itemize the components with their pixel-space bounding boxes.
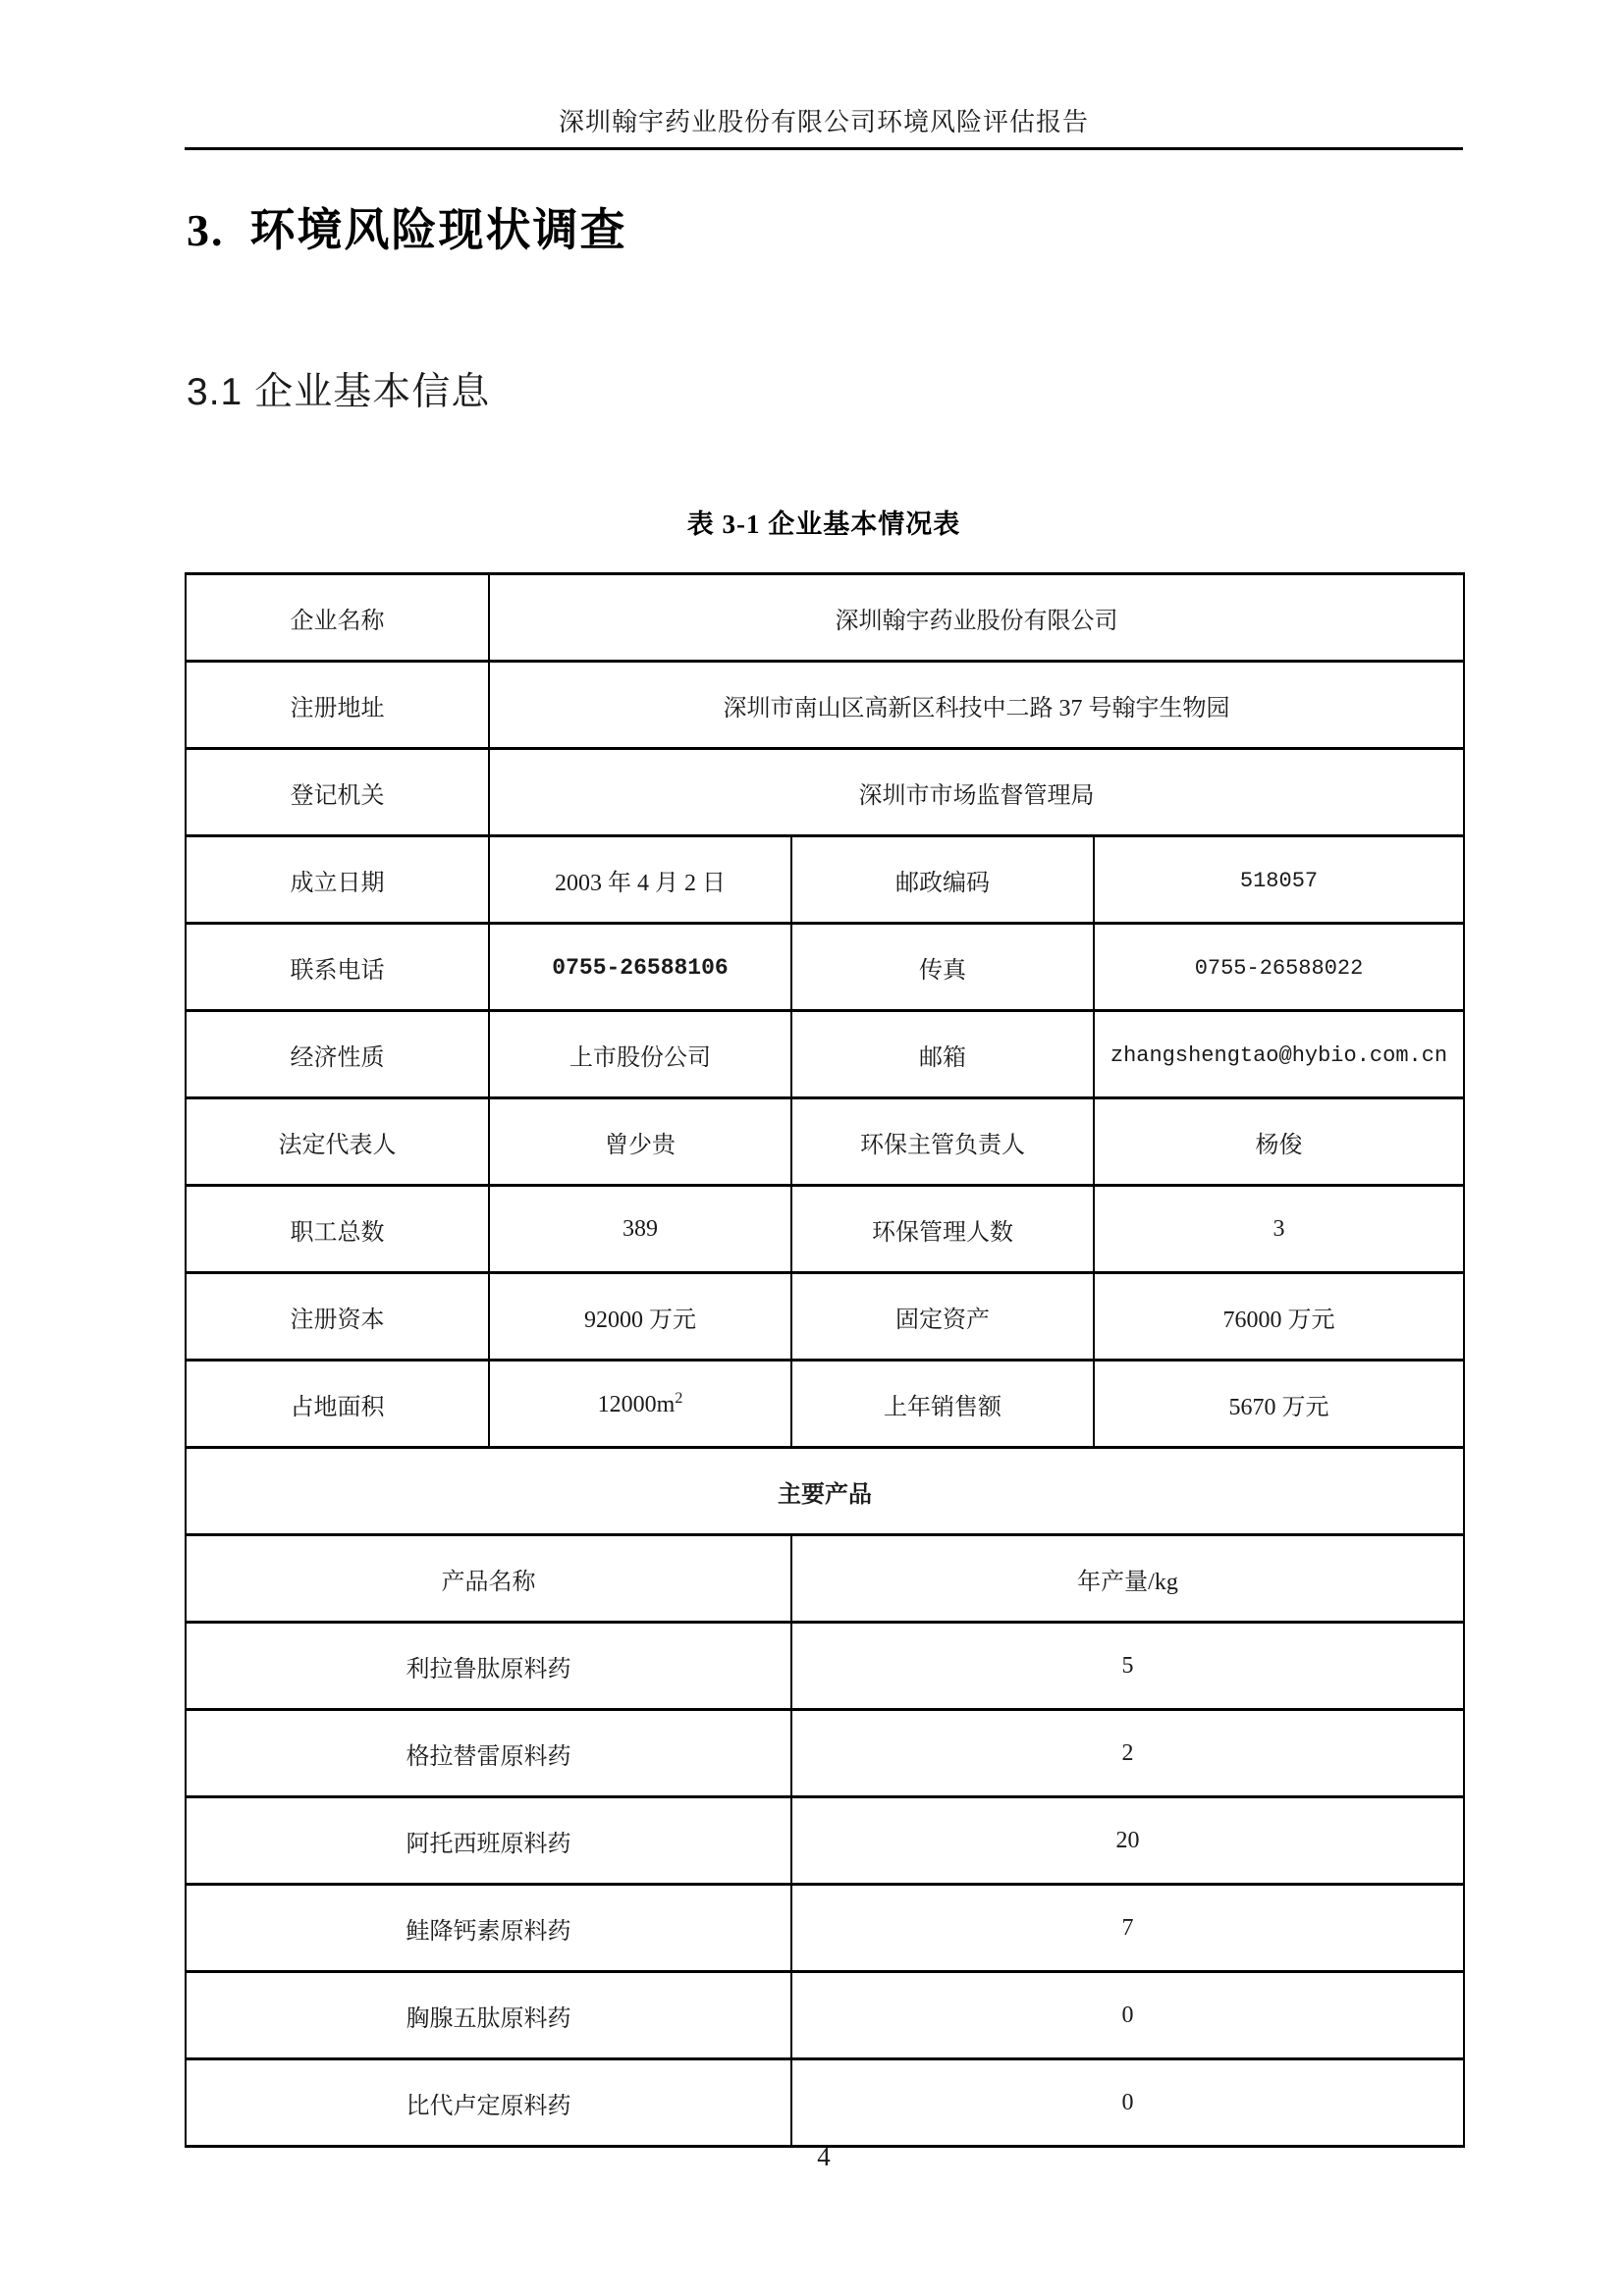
cell-value: 0755-26588106 (489, 924, 791, 1011)
cell-value: 2003 年 4 月 2 日 (489, 836, 791, 924)
section-number: 3.1 (187, 371, 243, 413)
cell-value: 3 (1094, 1186, 1464, 1273)
product-name: 阿托西班原料药 (186, 1797, 791, 1885)
table-row: 职工总数 389 环保管理人数 3 (186, 1186, 1464, 1273)
cell-label: 企业名称 (186, 574, 489, 662)
product-amount: 5 (791, 1623, 1464, 1710)
cell-label: 登记机关 (186, 749, 489, 836)
cell-label: 邮政编码 (791, 836, 1094, 924)
product-name: 格拉替雷原料药 (186, 1710, 791, 1797)
table-row: 鲑降钙素原料药 7 (186, 1885, 1464, 1972)
table-row: 登记机关 深圳市市场监督管理局 (186, 749, 1464, 836)
cell-label: 邮箱 (791, 1011, 1094, 1098)
table-row: 成立日期 2003 年 4 月 2 日 邮政编码 518057 (186, 836, 1464, 924)
section-text: 企业基本信息 (254, 371, 490, 413)
product-name: 鲑降钙素原料药 (186, 1885, 791, 1972)
cell-label: 固定资产 (791, 1273, 1094, 1361)
cell-label: 环保主管负责人 (791, 1098, 1094, 1186)
cell-label: 环保管理人数 (791, 1186, 1094, 1273)
cell-label: 占地面积 (186, 1361, 489, 1448)
table-row: 阿托西班原料药 20 (186, 1797, 1464, 1885)
company-info-table: 企业名称 深圳翰宇药业股份有限公司 注册地址 深圳市南山区高新区科技中二路 37… (185, 572, 1465, 2148)
cell-label: 法定代表人 (186, 1098, 489, 1186)
cell-value: 深圳市市场监督管理局 (489, 749, 1464, 836)
cell-label: 注册地址 (186, 662, 489, 749)
cell-value: 曾少贵 (489, 1098, 791, 1186)
superscript: 2 (675, 1390, 682, 1407)
table-row: 注册地址 深圳市南山区高新区科技中二路 37 号翰宇生物园 (186, 662, 1464, 749)
product-amount: 2 (791, 1710, 1464, 1797)
product-name: 利拉鲁肽原料药 (186, 1623, 791, 1710)
cell-value: 76000 万元 (1094, 1273, 1464, 1361)
table-caption: 表 3-1 企业基本情况表 (185, 503, 1463, 541)
cell-label: 成立日期 (186, 836, 489, 924)
cell-value: 杨俊 (1094, 1098, 1464, 1186)
cell-value: 5670 万元 (1094, 1361, 1464, 1448)
cell-value: 深圳市南山区高新区科技中二路 37 号翰宇生物园 (489, 662, 1464, 749)
chapter-title: 3.环境风险现状调查 (187, 194, 627, 259)
table-row: 产品名称 年产量/kg (186, 1535, 1464, 1623)
table-row: 注册资本 92000 万元 固定资产 76000 万元 (186, 1273, 1464, 1361)
section-title: 3.1企业基本信息 (187, 361, 490, 416)
product-name-column-header: 产品名称 (186, 1535, 791, 1623)
cell-label: 上年销售额 (791, 1361, 1094, 1448)
products-section-header: 主要产品 (186, 1448, 1464, 1535)
cell-value: 92000 万元 (489, 1273, 791, 1361)
cell-value: 上市股份公司 (489, 1011, 791, 1098)
cell-value: zhangshengtao@hybio.com.cn (1094, 1011, 1464, 1098)
table-row: 比代卢定原料药 0 (186, 2059, 1464, 2147)
product-amount: 20 (791, 1797, 1464, 1885)
product-name: 胸腺五肽原料药 (186, 1972, 791, 2059)
table-row: 联系电话 0755-26588106 传真 0755-26588022 (186, 924, 1464, 1011)
table-row: 胸腺五肽原料药 0 (186, 1972, 1464, 2059)
cell-value: 12000m2 (489, 1361, 791, 1448)
product-amount-column-header: 年产量/kg (791, 1535, 1464, 1623)
cell-label: 职工总数 (186, 1186, 489, 1273)
table-row: 经济性质 上市股份公司 邮箱 zhangshengtao@hybio.com.c… (186, 1011, 1464, 1098)
table-row: 企业名称 深圳翰宇药业股份有限公司 (186, 574, 1464, 662)
product-name: 比代卢定原料药 (186, 2059, 791, 2147)
table-row: 利拉鲁肽原料药 5 (186, 1623, 1464, 1710)
cell-label: 经济性质 (186, 1011, 489, 1098)
cell-value: 深圳翰宇药业股份有限公司 (489, 574, 1464, 662)
table-row: 格拉替雷原料药 2 (186, 1710, 1464, 1797)
cell-value: 389 (489, 1186, 791, 1273)
chapter-text: 环境风险现状调查 (250, 205, 627, 255)
table-row: 法定代表人 曾少贵 环保主管负责人 杨俊 (186, 1098, 1464, 1186)
cell-value: 0755-26588022 (1094, 924, 1464, 1011)
cell-label: 联系电话 (186, 924, 489, 1011)
cell-label: 注册资本 (186, 1273, 489, 1361)
product-amount: 7 (791, 1885, 1464, 1972)
report-header: 深圳翰宇药业股份有限公司环境风险评估报告 (185, 102, 1463, 138)
product-amount: 0 (791, 1972, 1464, 2059)
table-row: 占地面积 12000m2 上年销售额 5670 万元 (186, 1361, 1464, 1448)
cell-value: 518057 (1094, 836, 1464, 924)
cell-label: 传真 (791, 924, 1094, 1011)
chapter-number: 3. (187, 205, 225, 255)
product-amount: 0 (791, 2059, 1464, 2147)
page-number: 4 (185, 2142, 1463, 2172)
header-divider (185, 147, 1463, 150)
table-row: 主要产品 (186, 1448, 1464, 1535)
